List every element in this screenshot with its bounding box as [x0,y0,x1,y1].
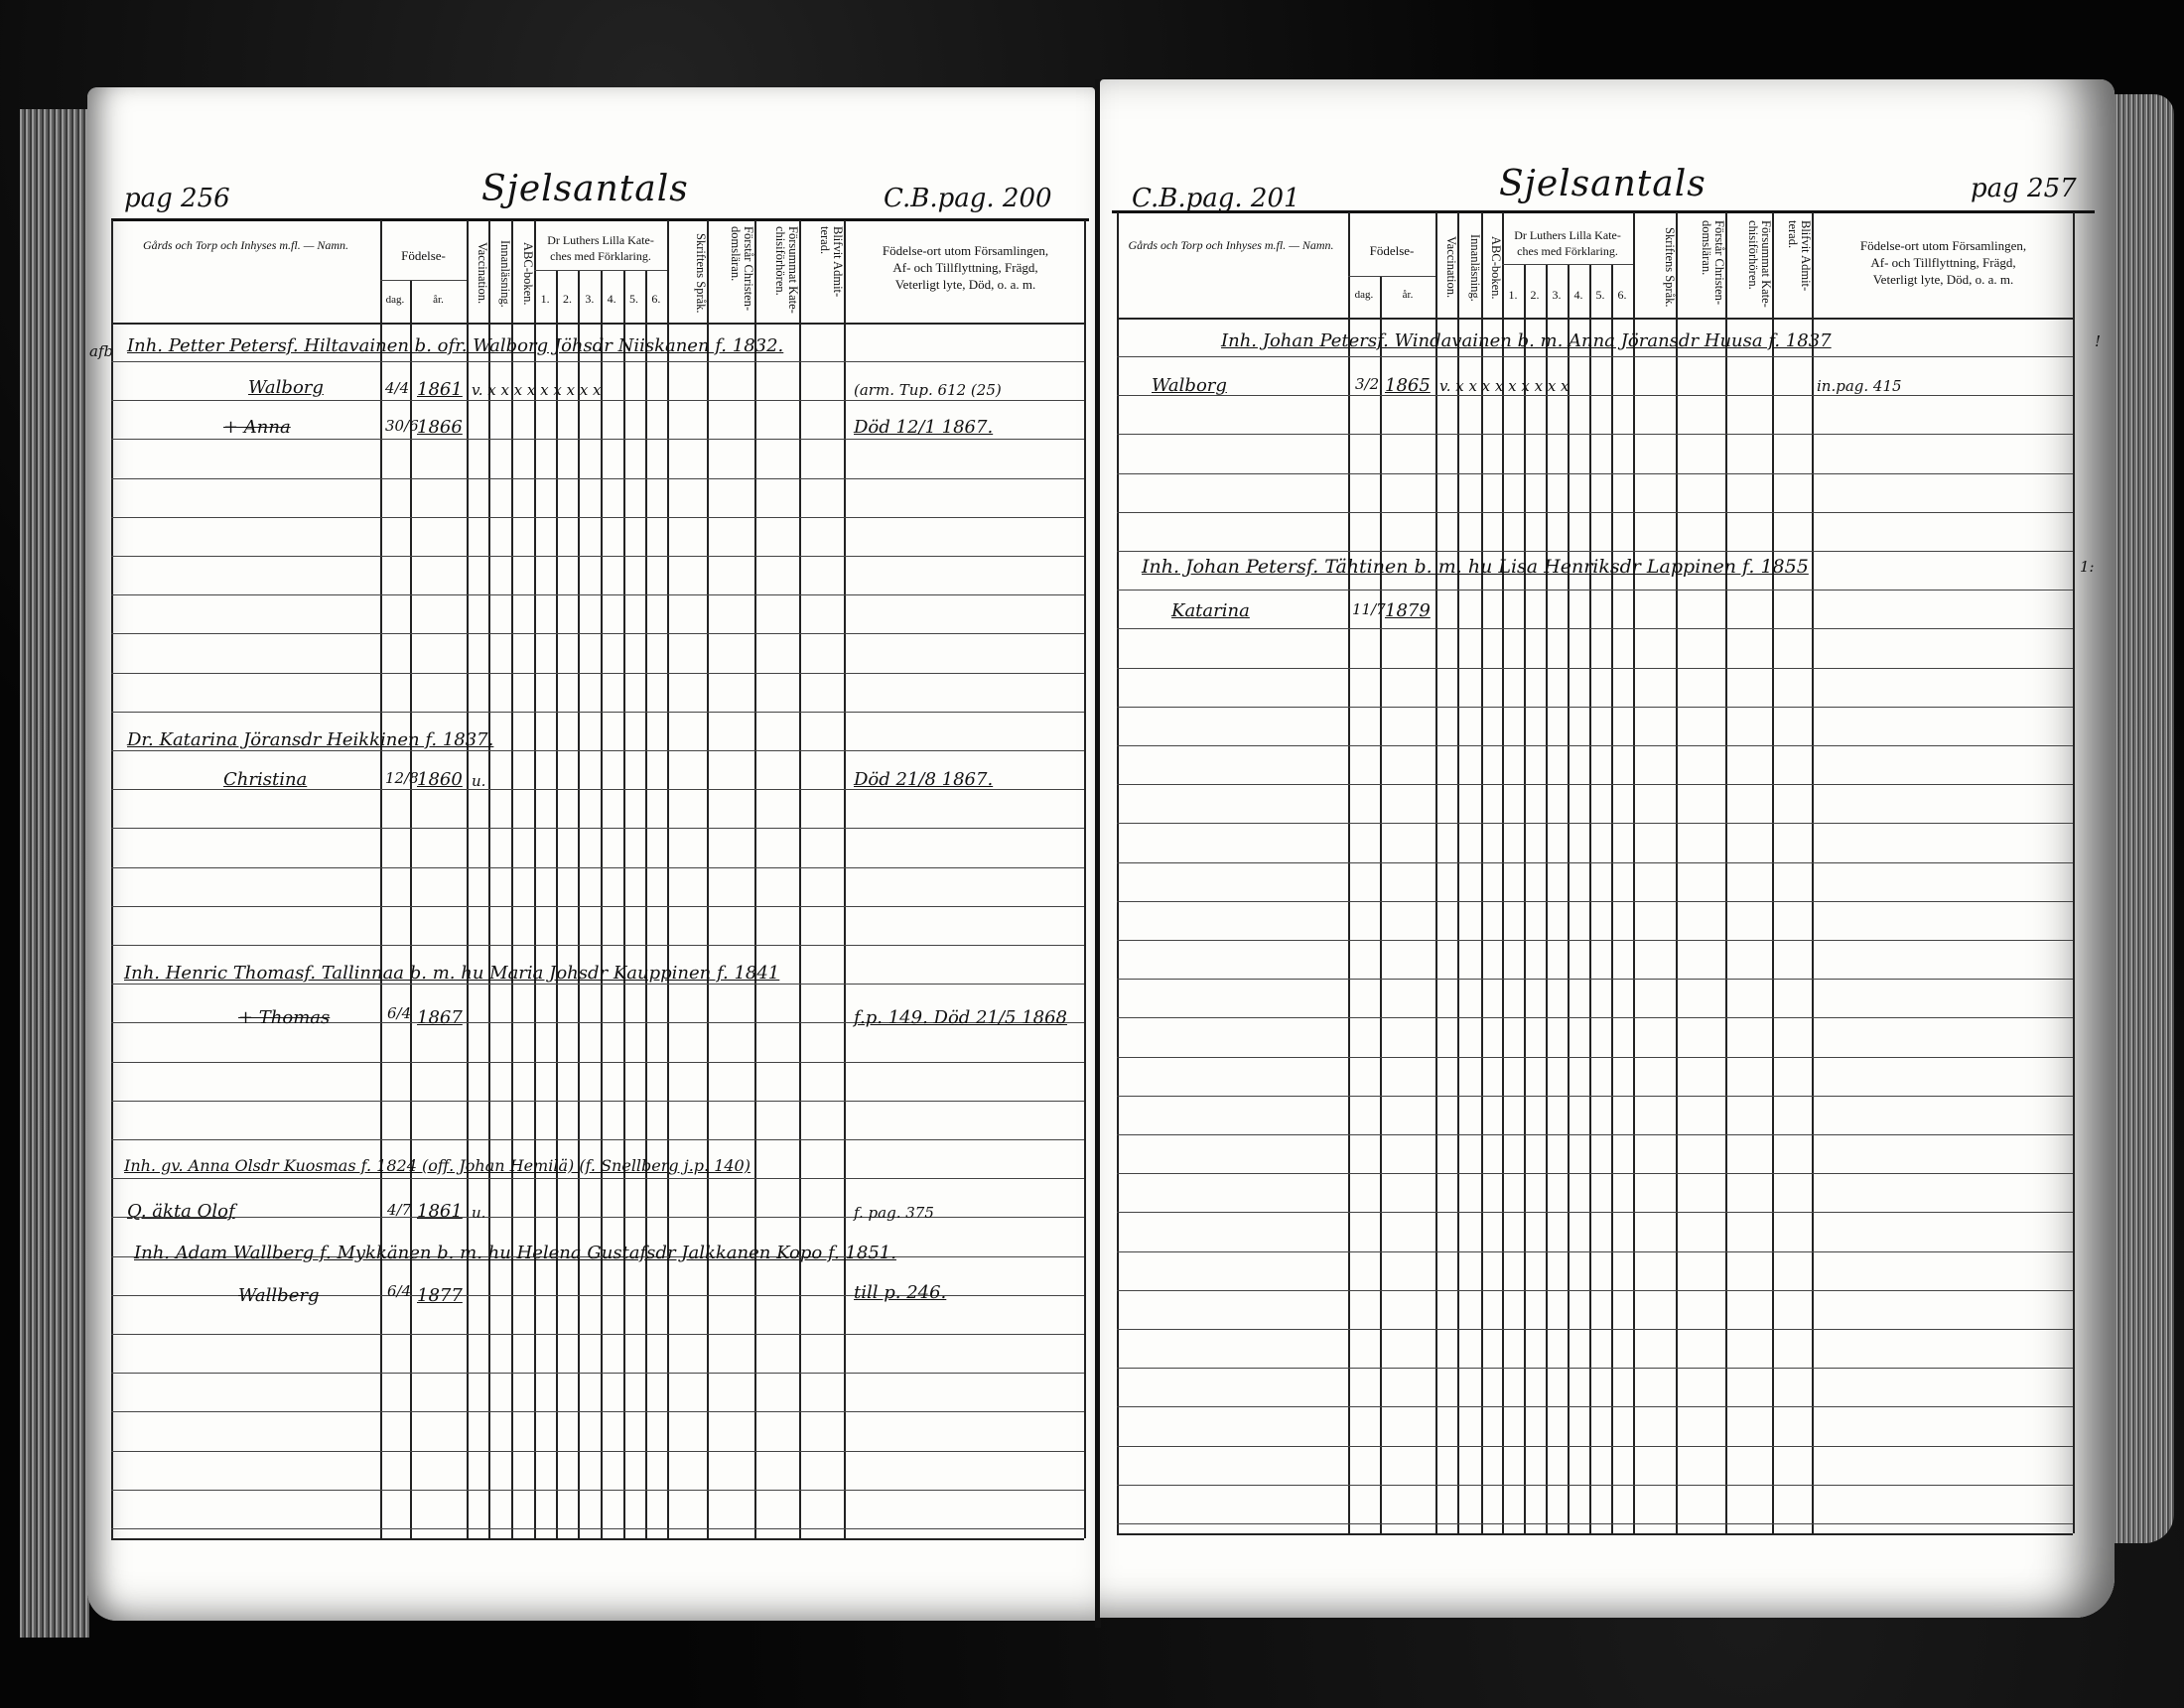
right-page-number: pag 257 [1971,174,2077,203]
row-rule [111,1334,1084,1335]
child-birth-day: 4/7 [387,1201,411,1219]
row-rule [1117,745,2073,746]
book-edge-left [20,109,89,1638]
column-rule [111,220,113,1538]
row-rule [1117,1212,2073,1213]
child-remark: f. pag. 375 [854,1204,934,1222]
row-rule [111,712,1084,713]
left-header-remarks-1: Födelse-ort utom Församlingen, [849,243,1082,258]
row-rule [111,906,1084,907]
child-name: Katarina [1171,600,1250,621]
household-head: Inh. Henric Thomasf. Tallinnaa b. m. hu … [124,963,779,984]
row-rule [1117,551,2073,552]
child-remark: in.pag. 415 [1817,377,1902,395]
row-rule [1117,823,2073,824]
right-header-day: dag. [1348,288,1380,303]
row-rule [1117,628,2073,629]
row-rule [1117,1017,2073,1018]
row-rule [111,400,1084,401]
child-birth-day: 4/4 [385,379,409,397]
column-rule [488,220,490,1538]
column-rule [380,220,382,1538]
child-name: Christina [223,769,307,790]
right-header-admitted: Blifvit Admit-terad. [1772,220,1812,315]
right-header-neglected: Försummat Kate-chisiförhören. [1725,220,1772,315]
child-birth-day: 6/4 [387,1004,411,1022]
right-header-catechism-2: ches med Förklaring. [1502,244,1633,259]
column-rule [1435,212,1437,1533]
row-rule [111,594,1084,595]
table-bottom-rule [1117,1533,2073,1535]
household-head: Inh. Johan Petersf. Tähtinen b. m. hu Li… [1142,556,1809,578]
row-rule [111,1178,1084,1179]
row-rule [1117,1173,2073,1174]
left-header-remarks-3: Veterligt lyte, Död, o. a. m. [849,277,1082,292]
household-head: Dr. Katarina Jöransdr Heikkinen f. 1837. [127,729,493,750]
row-rule [1117,1096,2073,1097]
child-birth-day: 3/2 [1355,375,1379,393]
left-header-vaccination: Vaccination. [467,226,488,321]
row-rule [111,750,1084,751]
household-head: Inh. Adam Wallberg f. Mykkänen b. m. hu … [134,1243,896,1263]
child-marks: u. [472,1204,485,1222]
right-header-name: Gårds och Torp och Inhyses m.fl. — Namn. [1117,238,1345,253]
row-rule [111,633,1084,634]
row-rule [1117,668,2073,669]
row-rule [111,1373,1084,1374]
column-rule [410,280,412,1538]
catechism-part-number: 4. [601,292,622,307]
row-rule [1117,707,2073,708]
row-rule [111,556,1084,557]
right-header-vaccination: Vaccination. [1435,220,1457,315]
column-rule [1611,264,1613,1533]
left-header-catechism-2: ches med Förklaring. [534,249,667,264]
left-header-neglected: Försummat Kate-chisiförhören. [754,226,799,321]
left-header-year: år. [410,293,467,308]
row-rule [1117,356,2073,357]
margin-note: afb [89,342,113,360]
left-page-title: Sjelsantals [481,169,689,209]
child-name: Q. äkta Olof [127,1201,235,1222]
row-rule [1117,395,2073,396]
child-remark: Död 21/8 1867. [854,769,993,790]
row-rule [111,673,1084,674]
row-rule [1117,901,2073,902]
column-rule [1348,212,1350,1533]
column-rule [1568,264,1570,1533]
right-top-rule [1112,210,2095,213]
household-head: Inh. Petter Petersf. Hiltavainen b. ofr.… [127,335,783,356]
catechism-subheader-rule [534,270,667,271]
child-name: + Anna [223,417,291,438]
catechism-part-number: 2. [1524,288,1546,303]
left-header-reading: Innanläsning. [488,226,511,321]
header-bottom-rule [111,323,1084,325]
column-rule [844,220,846,1538]
catechism-part-number: 3. [1546,288,1568,303]
column-rule [754,220,756,1538]
column-rule [1725,212,1727,1533]
column-rule [667,220,669,1538]
left-header-day: dag. [380,293,410,308]
table-bottom-rule [111,1538,1084,1540]
right-header-remarks-2: Af- och Tillflyttning, Frägd, [1817,255,2070,270]
row-rule [111,478,1084,479]
row-rule [1117,1406,2073,1407]
header-bottom-rule [1117,318,2073,320]
catechism-part-number: 1. [1502,288,1524,303]
row-rule [1117,1329,2073,1330]
column-rule [623,270,625,1538]
left-page [87,87,1095,1621]
row-rule [1117,1251,2073,1252]
row-rule [111,1451,1084,1452]
catechism-part-number: 5. [1589,288,1611,303]
column-rule [1546,264,1548,1533]
left-page-number: pag 256 [124,184,230,213]
left-header-name: Gårds och Torp och Inhyses m.fl. — Namn. [114,238,377,253]
child-remark: f.p. 149. Död 21/5 1868 [854,1007,1067,1028]
row-rule [111,1528,1084,1529]
child-birth-year: 1877 [417,1285,463,1306]
column-rule [556,270,558,1538]
row-rule [1117,940,2073,941]
household-head: Inh. Johan Petersf. Windavainen b. m. An… [1221,330,1832,351]
child-name: Wallberg [238,1285,319,1306]
row-rule [111,867,1084,868]
column-rule [1502,212,1504,1533]
column-rule [1481,212,1483,1533]
row-rule [111,1062,1084,1063]
row-rule [111,1217,1084,1218]
row-rule [1117,512,2073,513]
child-remark: Död 12/1 1867. [854,417,993,438]
column-rule [1380,276,1382,1533]
row-rule [1117,473,2073,474]
child-birth-day: 12/8 [385,769,419,787]
child-marks: u. [472,772,485,790]
child-birth-day: 6/4 [387,1282,411,1300]
left-cross-ref: C.B.pag. 200 [884,184,1052,213]
catechism-part-number: 5. [622,292,644,307]
row-rule [1117,1523,2073,1524]
column-rule [534,220,536,1538]
column-rule [578,270,580,1538]
right-header-remarks-1: Födelse-ort utom Församlingen, [1817,238,2070,253]
catechism-part-number: 1. [534,292,556,307]
right-header-reading: Innanläsning. [1457,220,1481,315]
catechism-part-number: 4. [1568,288,1589,303]
column-rule [1633,212,1635,1533]
left-header-scripture: Skriftens Språk. [667,226,707,321]
household-head: Inh. gv. Anna Olsdr Kuosmas f. 1824 (off… [124,1156,751,1175]
row-rule [111,439,1084,440]
column-rule [2073,212,2075,1533]
child-birth-year: 1861 [417,379,463,400]
child-birth-year: 1866 [417,417,463,438]
catechism-part-number: 2. [556,292,578,307]
column-rule [1812,212,1814,1533]
margin-note: 1: [2080,558,2095,576]
catechism-part-number: 3. [579,292,601,307]
child-birth-year: 1860 [417,769,463,790]
column-rule [1589,264,1591,1533]
book-edge-right [2110,94,2174,1543]
row-rule [1117,590,2073,591]
child-birth-year: 1865 [1385,375,1431,396]
left-header-remarks-2: Af- och Tillflyttning, Frägd, [849,260,1082,275]
row-rule [1117,862,2073,863]
catechism-part-number: 6. [1611,288,1633,303]
row-rule [111,828,1084,829]
column-rule [799,220,801,1538]
right-page-title: Sjelsantals [1499,164,1706,204]
column-rule [1772,212,1774,1533]
right-header-catechism-1: Dr Luthers Lilla Kate- [1502,228,1633,243]
child-name: Walborg [248,377,324,398]
left-header-catechism-1: Dr Luthers Lilla Kate- [534,233,667,248]
right-cross-ref: C.B.pag. 201 [1132,184,1300,213]
left-top-rule [111,218,1089,221]
child-marks: v. x x x x x x x x x [1439,377,1570,395]
child-birth-year: 1861 [417,1201,463,1222]
column-rule [467,220,469,1538]
row-rule [1117,1057,2073,1058]
child-birth-year: 1867 [417,1007,463,1028]
column-rule [1524,264,1526,1533]
right-header-birth: Födelse- [1348,243,1435,258]
row-rule [111,1490,1084,1491]
row-rule [1117,1485,2073,1486]
row-rule [111,984,1084,985]
catechism-subheader-rule [1502,264,1633,265]
column-rule [601,270,603,1538]
child-birth-day: 30/6 [385,417,419,435]
row-rule [111,361,1084,362]
margin-note: ! [2095,332,2101,350]
right-page [1100,79,2115,1618]
row-rule [1117,1368,2073,1369]
row-rule [111,1139,1084,1140]
birth-subheader-rule [380,280,467,281]
row-rule [1117,979,2073,980]
child-name: Walborg [1152,375,1227,396]
child-birth-year: 1879 [1385,600,1431,621]
row-rule [1117,1290,2073,1291]
row-rule [111,1101,1084,1102]
right-header-scripture: Skriftens Språk. [1633,220,1676,315]
row-rule [111,517,1084,518]
row-rule [1117,1134,2073,1135]
left-header-understands: Förstår Christen-domsläran. [707,226,754,321]
left-header-birth: Födelse- [380,248,467,263]
left-header-admitted: Blifvit Admit-terad. [799,226,844,321]
column-rule [645,270,647,1538]
child-remark: (arm. Tup. 612 (25) [854,381,1002,399]
column-rule [511,220,513,1538]
row-rule [111,1411,1084,1412]
left-header-abc: ABC-boken. [511,226,534,321]
row-rule [1117,434,2073,435]
child-name: + Thomas [238,1007,330,1028]
column-rule [707,220,709,1538]
child-marks: v. x x x x x x x x x [472,381,602,399]
catechism-part-number: 6. [645,292,667,307]
right-header-year: år. [1380,288,1435,303]
row-rule [1117,1446,2073,1447]
child-birth-day: 11/7 [1352,600,1386,618]
column-rule [1457,212,1459,1533]
row-rule [111,945,1084,946]
right-header-abc: ABC-boken. [1481,220,1502,315]
right-header-remarks-3: Veterligt lyte, Död, o. a. m. [1817,272,2070,287]
column-rule [1117,212,1119,1533]
row-rule [1117,784,2073,785]
birth-subheader-rule [1348,276,1435,277]
right-header-understands: Förstår Christen-domsläran. [1676,220,1725,315]
column-rule [1084,220,1086,1538]
child-remark: till p. 246. [854,1282,946,1303]
column-rule [1676,212,1678,1533]
